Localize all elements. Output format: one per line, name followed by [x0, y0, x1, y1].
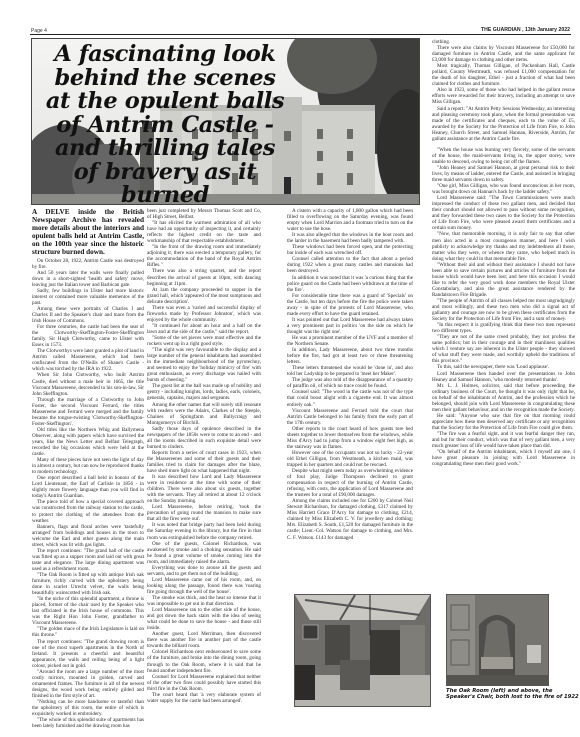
paragraph: "In this respect it is gratifying think … [432, 322, 575, 334]
paragraph: "It continued for about an hour and a ha… [147, 323, 261, 335]
intro-paragraph: A DELVE inside the British Newspaper Arc… [32, 208, 144, 257]
paragraph: The guest list at the ball was made up o… [147, 383, 261, 401]
paragraph: "One girl, Miss Gilligan, who was found … [432, 183, 575, 195]
paragraph: In addition it was noted that it was 'a … [287, 275, 413, 293]
paragraph: Lord Massereene ran to the other side of… [147, 607, 261, 631]
paragraph: Among the other names that will surely s… [147, 402, 261, 426]
masthead: THE GUARDIAN , 13th January 2022 [481, 27, 570, 33]
paragraph: Also in 1923, some of those who had help… [432, 87, 575, 105]
paragraph: Reports from a series of court cases in … [147, 450, 261, 474]
paragraph: "The whole of this splendid suite of apa… [32, 717, 144, 729]
paragraph: It was pointed out that Lord Massereene … [287, 317, 413, 335]
paragraph: There was even a 'varied and successful … [147, 305, 261, 323]
paragraph: The smoke was thick, and the heat so int… [147, 595, 261, 607]
paragraph: Counsel called attention to the fact tha… [287, 256, 413, 274]
paragraph: Old titles like the Northern Whig and Ba… [32, 427, 144, 457]
paragraph: "They are not of the same creed probably… [432, 334, 575, 364]
paragraph: The piece told of how a special covered … [32, 499, 144, 523]
paragraph: However one of the occupants was not so … [287, 450, 413, 468]
paragraph: "The Oak Room is fitted up with antique … [32, 572, 144, 596]
paragraph: It was also alleged that the windows in … [287, 232, 413, 244]
paragraph: These letters threatened she would be 'd… [287, 365, 413, 377]
paragraph: Counsel said: "The wood in the castle wa… [287, 389, 413, 407]
speakers-chair-image [447, 595, 548, 685]
paragraph: Lord Massereene, before retiring, 'took … [147, 504, 261, 522]
paragraph: "In the front of the drawing room and im… [147, 244, 261, 268]
paragraph: Everything was done to arouse all the gu… [147, 565, 261, 577]
paragraph: It was described how Lord and Lady Masse… [147, 474, 261, 504]
paragraph: Banners, flags and floral arches were 't… [32, 524, 144, 548]
paragraph: At 1am the company proceeded to supper i… [147, 287, 261, 305]
paragraph: Mr. L. J. Holmes, solicitor, said that b… [432, 383, 575, 413]
paragraph: When Sir John Clotworthy, who built Antr… [32, 372, 144, 396]
paragraph: It was noted that bridge party had been … [147, 522, 261, 540]
paragraph: Most tragically, Thomas Gilligan, of Pac… [432, 63, 575, 87]
oak-room-image [295, 595, 430, 706]
paragraph: Lord Massereene said: "The Town Commissi… [432, 195, 575, 231]
paragraph: The Clotworthys were later granted a plo… [32, 348, 144, 372]
paragraph: Sadly those days of opulence described i… [147, 426, 261, 450]
paragraph: Through the marriage of a Clotworthy to … [32, 397, 144, 427]
paragraph: These windows had been forced open, and … [287, 244, 413, 256]
paragraph: "Now, that memorable morning, it is only… [432, 231, 575, 261]
paragraph: "Without their aid and without their ass… [432, 262, 575, 298]
lead-photo-box: A fascinating look behind the scenes at … [31, 38, 420, 205]
paragraph: The report continues: "The grand drawing… [32, 639, 144, 669]
photo-caption: The Oak Room (left) and above, the Speak… [446, 688, 579, 700]
paragraph: "John Heaney and Samuel Hannon, at great… [432, 165, 575, 183]
paragraph: "It has elicited the warmest admiration … [147, 220, 261, 244]
article-column-4: clothing. There were also claims by Visc… [432, 39, 575, 467]
paragraph: Despite what might seem today as overwhe… [287, 468, 413, 498]
paragraph: Among the claims included one for £200 b… [287, 498, 413, 540]
paragraph: Other reports to the court heard of how … [287, 426, 413, 450]
headline: A fascinating look behind the scenes at … [40, 43, 290, 205]
paragraph: Viscount Massereene and Ferrard told the… [287, 408, 413, 426]
paragraph: "The people of Antrim of all classes hel… [432, 298, 575, 322]
paragraph: The court heard that 'a very elaborate s… [147, 692, 261, 704]
paragraph: "The night was very favourable to the di… [147, 347, 261, 383]
paragraph: For three centuries, the castle had been… [32, 324, 144, 348]
paragraph: Colonel Richardson next endeavoured to s… [147, 649, 261, 673]
speakers-chair-photo [446, 594, 549, 686]
paragraph: The report continues: "The grand hall of… [32, 548, 144, 572]
paragraph: Lord Massereene came out of his room, an… [147, 577, 261, 595]
paragraph: "When the house was burning very fiercel… [432, 147, 575, 165]
paragraph: "In the niche of this splendid apartment… [32, 596, 144, 626]
paragraph: "Nothing can be more handsome or tastefu… [32, 699, 144, 717]
paragraph: Sadly, few buildings in Ulster had more … [32, 288, 144, 306]
paragraph: "The golden mace of the Irish Legislatur… [32, 626, 144, 638]
paragraph: Said a report: "At Antrim Petty Sessions… [432, 106, 575, 142]
paragraph: There were also claims by Viscount Masse… [432, 45, 575, 63]
paragraph: "The fire was a fearful sight, and it wa… [432, 431, 575, 449]
paragraph: He was a prominent member of the UVF and… [287, 335, 413, 347]
paragraph: Among these were portraits of Charles I … [32, 306, 144, 324]
paragraph: For considerable time there was a guard … [287, 293, 413, 317]
paragraph: "Around the room are a large number of t… [32, 669, 144, 699]
article-column-2: been just completed by Messrs Thomas Sco… [147, 208, 261, 704]
paragraph: Counsel for Lord Massereene explained th… [147, 674, 261, 692]
paragraph: "On behalf of the Antrim inhabitants, wh… [432, 449, 575, 467]
oak-room-photo [294, 594, 431, 707]
paragraph: One report described a ball held in hono… [32, 475, 144, 499]
article-column-1: A DELVE inside the British Newspaper Arc… [32, 208, 144, 729]
article-column-3: A cistern with a capacity of 1,800 gallo… [287, 208, 413, 541]
header-rule [30, 34, 571, 35]
paragraph: On October 28, 1922, Antrim Castle was d… [32, 258, 144, 270]
paragraph: been just completed by Messrs Thomas Sco… [147, 208, 261, 220]
paragraph: And 50 years later the walls were finall… [32, 270, 144, 288]
paragraph: There was also a string quartet, and the… [147, 268, 261, 286]
paragraph: Many of these pieces have not seen the l… [32, 457, 144, 475]
paragraph: The judge was also told of the disappear… [287, 377, 413, 389]
paragraph: "Some of the set pieces were most effect… [147, 335, 261, 347]
paragraph: One of the guests, Colonel Richardson, w… [147, 541, 261, 565]
paragraph: He said: "Anyone who saw that fire on th… [432, 413, 575, 431]
paragraph: Lord Massereene then handed over the pre… [432, 371, 575, 383]
paragraph: A cistern with a capacity of 1,800 gallo… [287, 208, 413, 232]
paragraph: In addition, Lady Massereene, about two … [287, 347, 413, 365]
paragraph: Another guest, Lord Merriman, then disco… [147, 631, 261, 649]
